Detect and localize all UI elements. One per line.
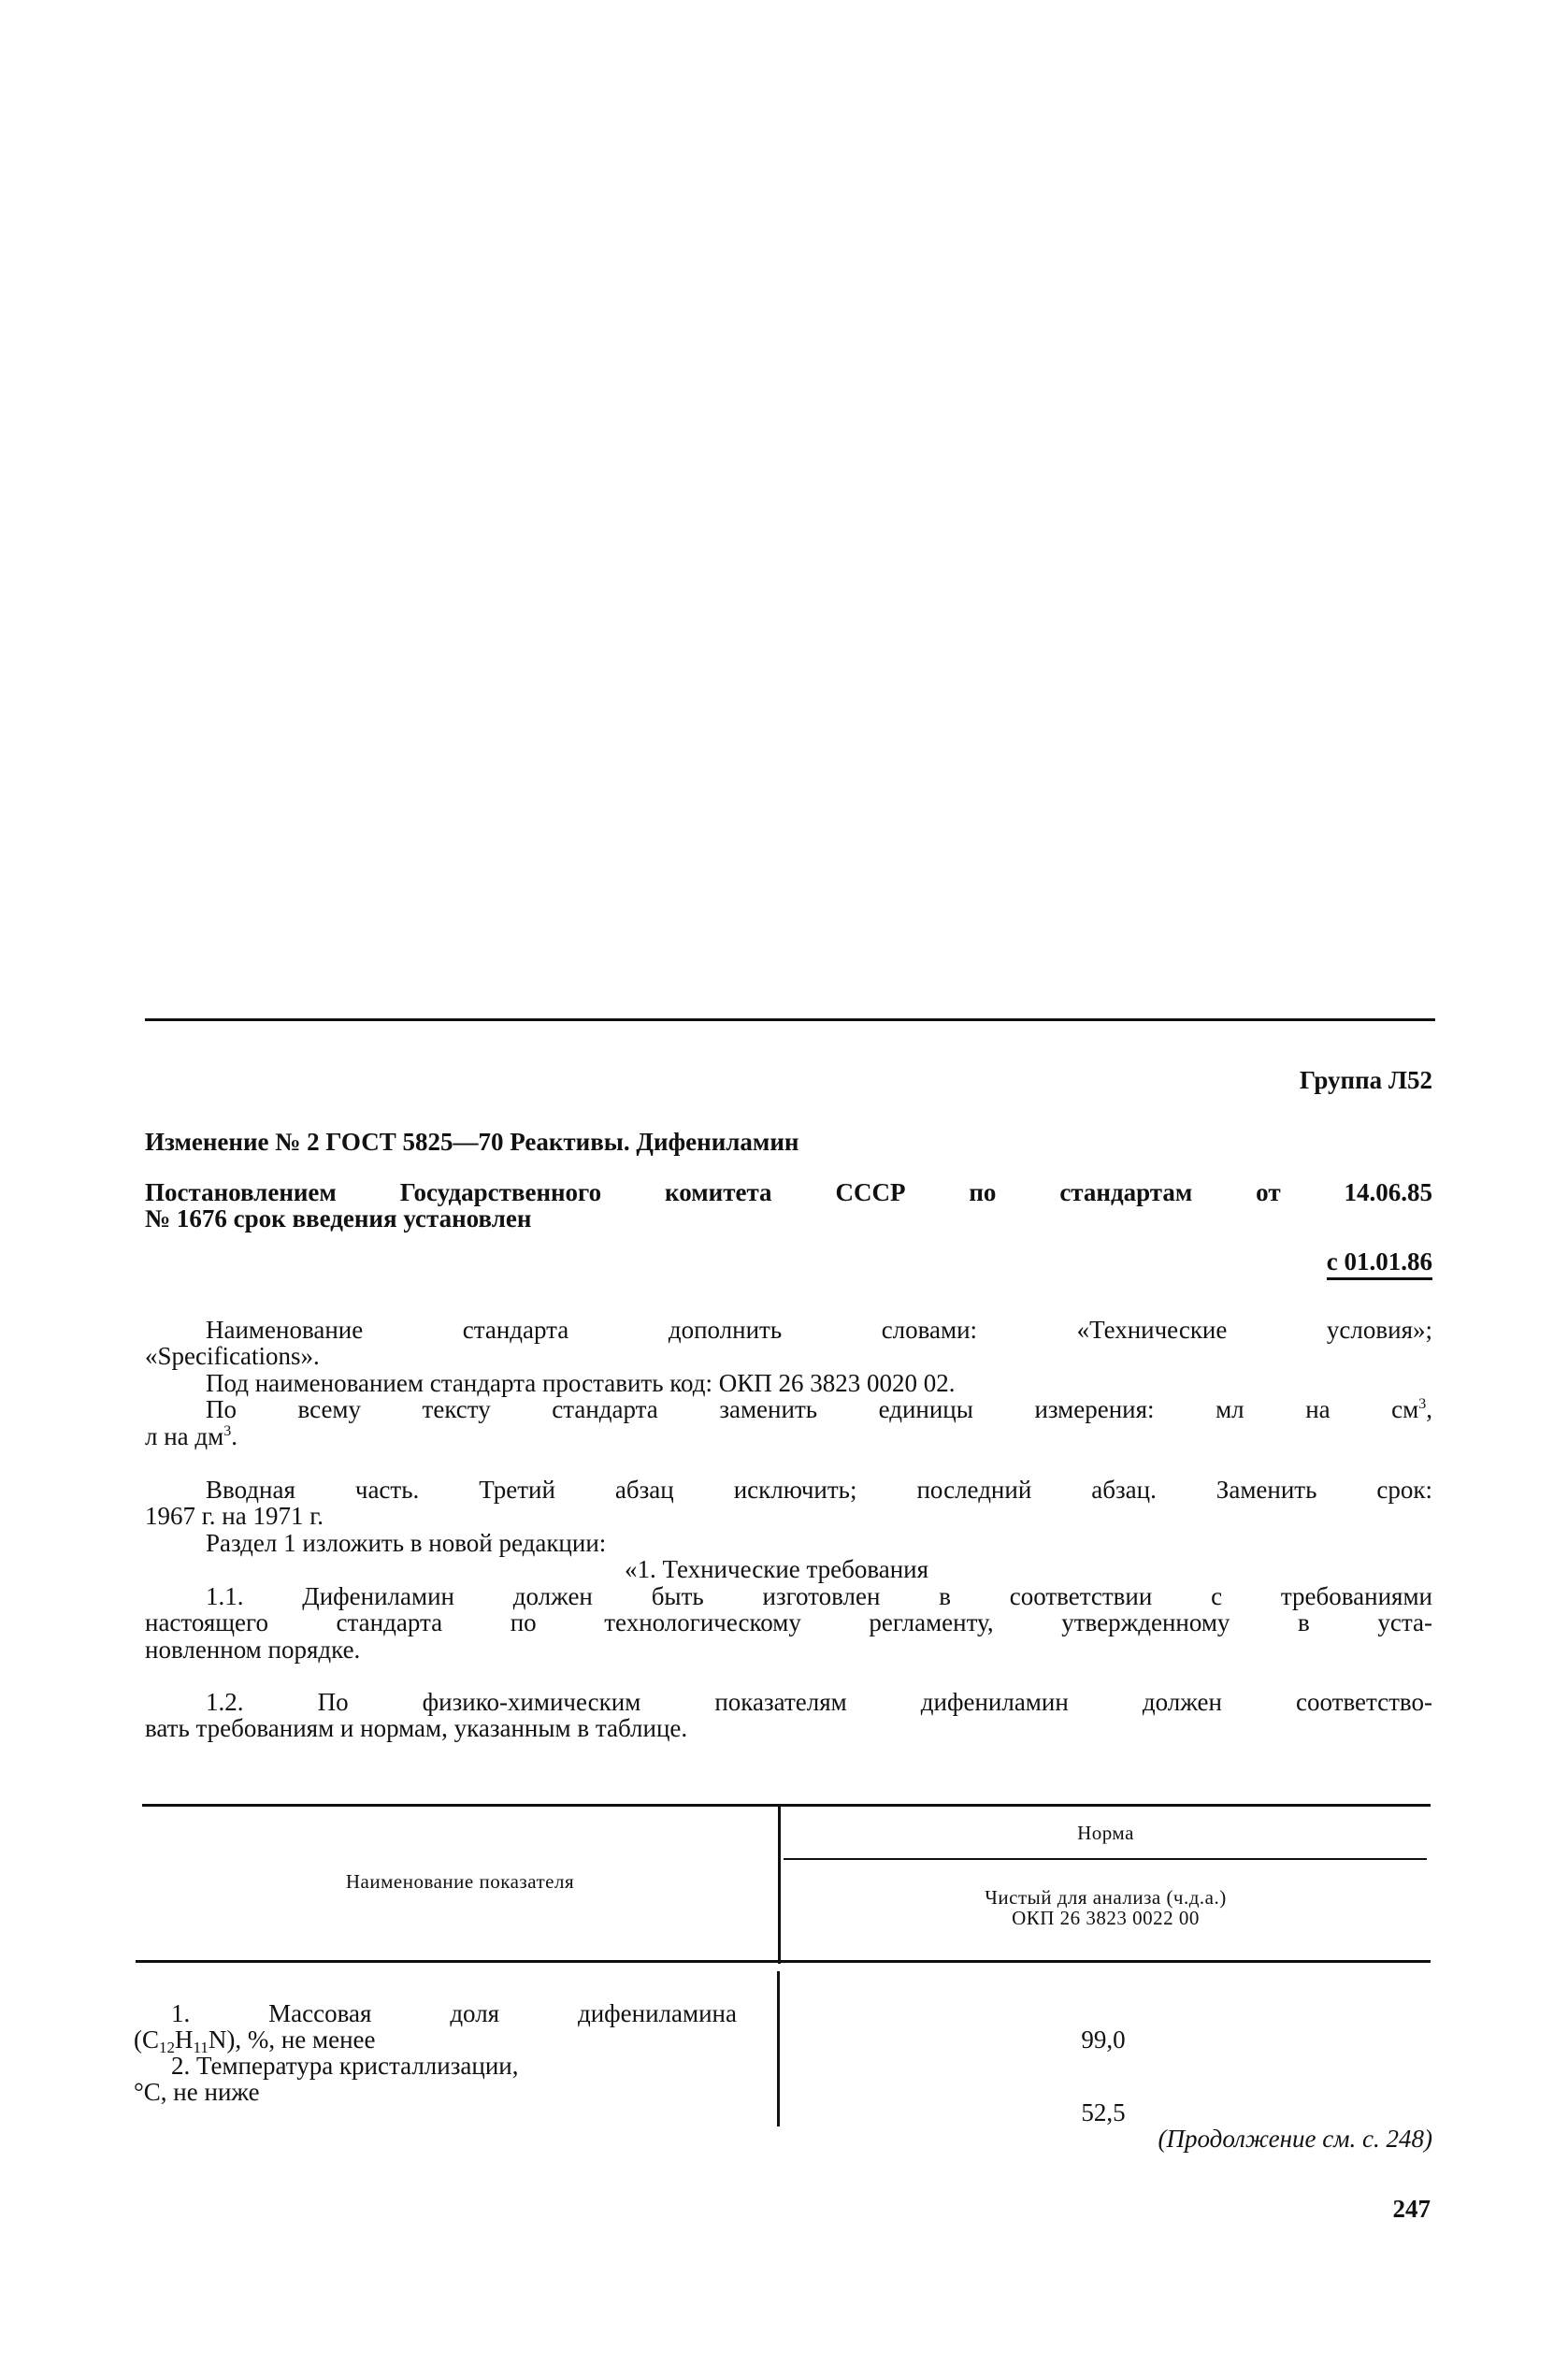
paragraph-3-line-2: л на дм3. [145,1422,237,1450]
table-row-1-name-line-1: 1. Массовая доля дифениламина [171,1999,737,2027]
table-header-bottom-rule [136,1960,1431,1963]
table-row-1-name-line-2: (C12H11N), %, не менее [134,2025,376,2054]
paragraph-7-line-2: вать требованиям и нормам, указанным в т… [145,1714,687,1742]
paragraph-5-line-1: Раздел 1 изложить в новой редакции: [206,1529,606,1557]
paragraph-6-line-2: настоящего стандарта по технологическому… [145,1608,1432,1636]
table-col2-header-line-2: ОКП 26 3823 0022 00 [781,1907,1431,1929]
document-page: Группа Л52 Изменение № 2 ГОСТ 5825—70 Ре… [0,0,1568,2364]
paragraph-1-line-1: Наименование стандарта дополнить словами… [206,1316,1432,1344]
page-number: 247 [1309,2195,1431,2223]
punctuation: , [1426,1395,1432,1423]
paragraph-6-line-1: 1.1. Дифениламин должен быть изготовлен … [206,1582,1432,1610]
effective-date: с 01.01.86 [1122,1247,1432,1276]
table-row-2-name-line-1: 2. Температура кристаллизации, [171,2052,518,2080]
decree-line-1: Постановлением Государственного комитета… [145,1178,1432,1206]
paragraph-6-line-3: новленном порядке. [145,1636,360,1664]
continuation-note: (Продолжение см. с. 248) [935,2125,1432,2153]
table-row-1-value: 99,0 [1057,2025,1150,2054]
group-code: Группа Л52 [1029,1066,1432,1094]
formula-part: H [175,2025,194,2054]
section-heading: «1. Технические требования [625,1555,928,1583]
paragraph-2-line-1: Под наименованием стандарта проставить к… [206,1369,955,1397]
paragraph-4-line-1: Вводная часть. Третий абзац исключить; п… [206,1476,1432,1504]
table-col1-header: Наименование показателя [142,1870,778,1893]
decree-line-2: № 1676 срок введения установлен [145,1204,531,1232]
top-rule [145,1018,1435,1021]
table-row-2-value: 52,5 [1057,2098,1150,2126]
formula-part: N), %, не менее [209,2025,376,2054]
formula-part: (C [134,2025,159,2054]
paragraph-3-text: По всему тексту стандарта заменить едини… [206,1395,1418,1423]
table-col2-header-line-1: Чистый для анализа (ч.д.а.) [781,1886,1431,1909]
paragraph-7-line-1: 1.2. По физико-химическим показателям ди… [206,1688,1432,1716]
table-row-2-name-line-2: °С, не ниже [134,2078,260,2106]
paragraph-3-line-1: По всему тексту стандарта заменить едини… [206,1395,1432,1423]
paragraph-4-line-2: 1967 г. на 1971 г. [145,1502,324,1530]
document-title: Изменение № 2 ГОСТ 5825—70 Реактивы. Диф… [145,1128,798,1156]
paragraph-1-line-2: «Specifications». [145,1342,320,1370]
table-top-rule [142,1804,1431,1807]
punctuation: . [231,1422,237,1450]
table-norm-rule [784,1858,1427,1860]
paragraph-3-text-2: л на дм [145,1422,223,1450]
table-col2-group-header: Норма [781,1822,1431,1844]
effective-date-text: с 01.01.86 [1327,1247,1432,1280]
table-body-divider [777,1971,780,2126]
